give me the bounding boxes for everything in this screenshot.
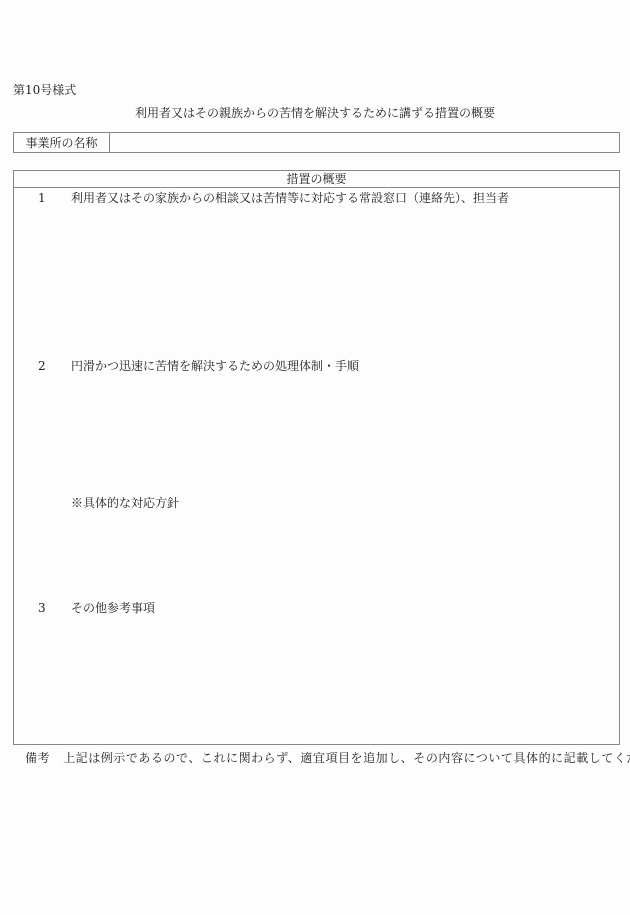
business-name-value-field[interactable] <box>110 133 619 152</box>
measure-item-3: 3その他参考事項 <box>38 601 613 615</box>
measure-item-2-number: 2 <box>38 359 71 373</box>
remarks-label: 備考 <box>25 751 50 766</box>
form-number: 第10号様式 <box>13 83 76 97</box>
business-name-label: 事業所の名称 <box>14 133 110 152</box>
measure-item-note: ※具体的な対応方針 <box>38 496 613 510</box>
measure-item-1: 1利用者又はその家族からの相談又は苦情等に対応する常設窓口（連絡先）、担当者 <box>38 191 613 205</box>
measure-item-note-text: ※具体的な対応方針 <box>71 496 179 510</box>
measure-item-2-text: 円滑かつ迅速に苦情を解決するための処理体制・手順 <box>71 359 359 373</box>
measure-item-3-number: 3 <box>38 601 71 615</box>
measure-item-2: 2円滑かつ迅速に苦情を解決するための処理体制・手順 <box>38 359 613 373</box>
form-page: 第10号様式 利用者又はその親族からの苦情を解決するために講ずる措置の概要 事業… <box>0 0 630 915</box>
measures-body-field[interactable]: 1利用者又はその家族からの相談又は苦情等に対応する常設窓口（連絡先）、担当者 2… <box>14 188 619 744</box>
business-name-table: 事業所の名称 <box>13 132 620 153</box>
remarks: 備考 上記は例示であるので、これに関わらず、適宜項目を追加し、その内容について具… <box>25 751 625 766</box>
measures-table-header: 措置の概要 <box>14 171 619 188</box>
remarks-text: 上記は例示であるので、これに関わらず、適宜項目を追加し、その内容について具体的に… <box>63 751 630 766</box>
measure-item-3-text: その他参考事項 <box>71 601 155 615</box>
measure-item-1-number: 1 <box>38 191 71 205</box>
measure-item-1-text: 利用者又はその家族からの相談又は苦情等に対応する常設窓口（連絡先）、担当者 <box>71 191 509 205</box>
measures-table: 措置の概要 1利用者又はその家族からの相談又は苦情等に対応する常設窓口（連絡先）… <box>13 170 620 745</box>
document-title: 利用者又はその親族からの苦情を解決するために講ずる措置の概要 <box>0 106 630 120</box>
